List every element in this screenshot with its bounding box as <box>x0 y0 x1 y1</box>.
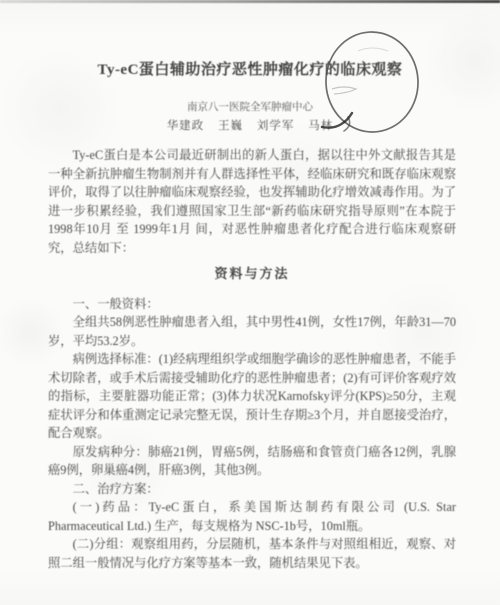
criteria-paragraph: 病例选择标准：(1)经病理组织学或细胞学确诊的恶性肿瘤患者，不能手术切除者，或手… <box>48 350 456 443</box>
document-content: Ty-eC蛋白辅助治疗恶性肿瘤化疗的临床观察 南京八一医院全军肿瘤中心 华建政 … <box>0 0 500 605</box>
general-data-label: 一、一般资料： <box>48 295 456 314</box>
intro-paragraph: Ty-eC蛋白是本公司最近研制出的新人蛋白，据以往中外文献报告其是一种全新抗肿瘤… <box>48 146 456 257</box>
diagnosis-paragraph: 原发病种分：肺癌21例，胃癌5例，结肠癌和食管贲门癌各12例，乳腺癌9例，卵巢癌… <box>48 443 456 480</box>
page-number: 1 <box>0 553 500 563</box>
page-title: Ty-eC蛋白辅助治疗恶性肿瘤化疗的临床观察 <box>0 58 500 79</box>
general-data-paragraph: 全组共58例恶性肿瘤患者入组，其中男性41例，女性17例，年龄31—70岁，平均… <box>48 313 456 350</box>
drug-paragraph: (一)药品：Ty-eC蛋白，系美国斯达制药有限公司 (U.S. Star Pha… <box>48 498 456 535</box>
methods-section-heading: 资料与方法 <box>48 265 456 284</box>
affiliation-line: 南京八一医院全军肿瘤中心 <box>0 99 500 114</box>
treatment-plan-label: 二、治疗方案： <box>48 480 456 499</box>
scanned-document-page: Ty-eC蛋白辅助治疗恶性肿瘤化疗的临床观察 南京八一医院全军肿瘤中心 华建政 … <box>0 0 500 605</box>
authors-line: 华建政 王巍 刘学军 马林 <box>0 117 500 133</box>
document-body: Ty-eC蛋白是本公司最近研制出的新人蛋白，据以往中外文献报告其是一种全新抗肿瘤… <box>48 146 456 572</box>
